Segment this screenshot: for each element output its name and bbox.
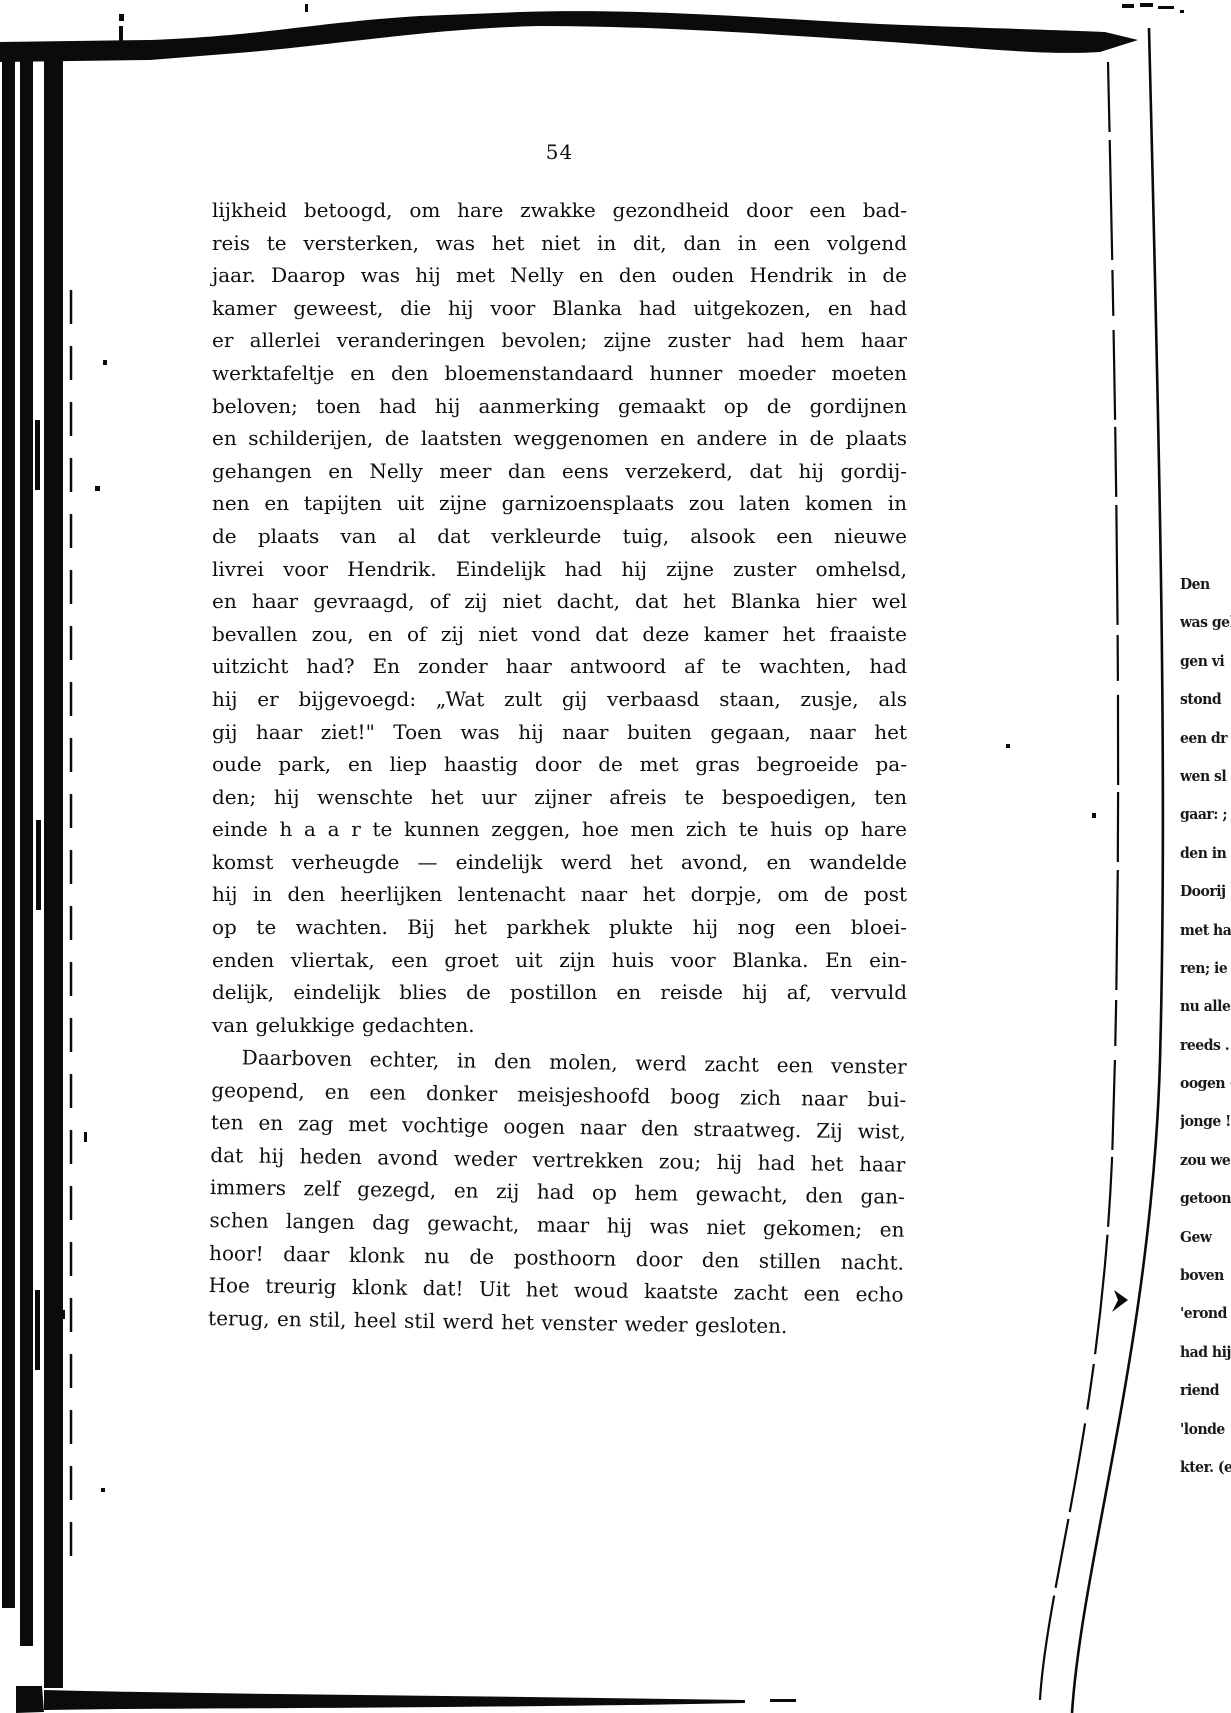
binding-bar-1: [2, 56, 15, 1608]
bleed-fragment: riend: [1180, 1371, 1231, 1411]
margin-tick-top: [305, 4, 308, 12]
bleed-fragment: 'londe: [1180, 1410, 1231, 1450]
text-line: gehangen en Nelly meer dan eens verzeker…: [212, 455, 907, 488]
top-right-dash-3: [1158, 6, 1174, 9]
margin-mark-i-dot: [119, 14, 124, 21]
text-line: lijkheid betoogd, om hare zwakke gezondh…: [212, 194, 907, 227]
text-line: oude park, en liep haastig door de met g…: [212, 748, 907, 781]
text-line: den; hij wenschte het uur zijner afreis …: [212, 781, 907, 814]
bottom-edge-smear: [16, 1686, 745, 1713]
bleed-fragment: Den: [1180, 566, 1231, 605]
bleed-fragment: Doorij: [1180, 872, 1231, 912]
text-line: jaar. Daarop was hij met Nelly en den ou…: [212, 259, 907, 292]
margin-dot-1: [103, 360, 107, 365]
text-line: van gelukkige gedachten.: [212, 1009, 907, 1042]
right-mid-dot: [1092, 813, 1096, 818]
margin-dot-2: [95, 486, 100, 491]
text-line: nen en tapijten uit zijne garnizoensplaa…: [212, 487, 907, 520]
text-line: hij in den heerlijken lentenacht naar he…: [212, 878, 907, 911]
bleed-fragment: den in: [1180, 834, 1231, 874]
bleed-fragment: stond: [1180, 680, 1231, 720]
margin-dot-3: [101, 1488, 105, 1492]
binding-bar-3: [44, 48, 63, 1688]
bleed-fragment: kter. (e: [1180, 1448, 1231, 1488]
text-line: enden vliertak, een groet uit zijn huis …: [212, 944, 907, 977]
binding-speck-2: [36, 820, 41, 910]
text-line: livrei voor Hendrik. Eindelijk had hij z…: [212, 553, 907, 586]
bleed-fragment: Gew: [1180, 1218, 1231, 1258]
main-text-column: lijkheid betoogd, om hare zwakke gezondh…: [212, 194, 907, 1335]
bleed-fragment: gaar: ;: [1180, 795, 1231, 835]
bleed-fragment: had hij: [1180, 1333, 1231, 1373]
top-right-dot: [1180, 10, 1184, 13]
bleed-fragment: zou we: [1180, 1141, 1231, 1181]
bleed-fragment: getoond: [1180, 1179, 1231, 1219]
text-line: hij er bijgevoegd: „Wat zult gij verbaas…: [212, 683, 907, 716]
binding-bar-2: [20, 52, 33, 1646]
page-number: 54: [212, 140, 907, 164]
bleed-fragment: boven: [1180, 1256, 1231, 1296]
margin-tick-3: [57, 1296, 60, 1309]
bleed-fragment: gen vi: [1180, 642, 1231, 682]
text-line: delijk, eindelijk blies de postillon en …: [212, 976, 907, 1009]
page-edge-line-inner: [1040, 62, 1118, 1700]
bleed-fragment: nu alle: [1180, 987, 1231, 1027]
binding-speck-3: [35, 1290, 40, 1370]
text-line: en haar gevraagd, of zij niet dacht, dat…: [212, 585, 907, 618]
text-line: kamer geweest, die hij voor Blanka had u…: [212, 292, 907, 325]
margin-tick-4: [63, 1310, 65, 1319]
bleed-fragment: 'erond: [1180, 1294, 1231, 1334]
paragraph-continued: lijkheid betoogd, om hare zwakke gezondh…: [212, 194, 907, 1041]
margin-tick-2: [84, 1132, 87, 1142]
text-line: gij haar ziet!" Toen was hij naar buiten…: [212, 716, 907, 749]
bleed-fragment: met ha: [1180, 911, 1231, 951]
top-edge-smear: [0, 11, 1138, 62]
edge-line-arrow-mark: [1112, 1290, 1128, 1312]
binding-speck-1: [35, 420, 40, 490]
bleed-fragment: ren; ie: [1180, 949, 1231, 989]
bleed-fragment: jonge !: [1180, 1103, 1231, 1143]
top-right-dash-2: [1140, 3, 1153, 7]
bleed-fragment: oogen (: [1180, 1064, 1231, 1104]
bleed-fragment: wen sl: [1180, 757, 1231, 797]
text-line: einde h a a r te kunnen zeggen, hoe men …: [212, 813, 907, 846]
text-line: op te wachten. Bij het parkhek plukte hi…: [212, 911, 907, 944]
bleed-fragment: was gel: [1180, 603, 1231, 643]
bleed-fragment: reeds .: [1180, 1026, 1231, 1066]
text-line: bevallen zou, en of zij niet vond dat de…: [212, 618, 907, 651]
text-line: werktafeltje en den bloemenstandaard hun…: [212, 357, 907, 390]
text-line: uitzicht had? En zonder haar antwoord af…: [212, 650, 907, 683]
bottom-dash: [770, 1699, 796, 1702]
margin-mark-i-stem: [119, 26, 123, 41]
text-line: reis te versterken, was het niet in dit,…: [212, 227, 907, 260]
top-right-dash-1: [1122, 4, 1134, 8]
text-line: er allerlei veranderingen bevolen; zijne…: [212, 324, 907, 357]
paragraph-new: Daarboven echter, in den molen, werd zac…: [208, 1041, 907, 1344]
text-line: en schilderijen, de laatsten weggenomen …: [212, 422, 907, 455]
bleed-fragment: een dr: [1180, 719, 1231, 759]
scanned-book-page: { "colors":{"paper":"#ffffff","ink":"#0e…: [0, 0, 1231, 1713]
text-line: beloven; toen had hij aanmerking gemaakt…: [212, 390, 907, 423]
right-dot-2: [1006, 744, 1010, 748]
text-line: de plaats van al dat verkleurde tuig, al…: [212, 520, 907, 553]
text-line: komst verheugde — eindelijk werd het avo…: [212, 846, 907, 879]
adjacent-page-bleed-text: Denwas gelgen vistondeen drwen slgaar: ;…: [1180, 566, 1231, 1496]
